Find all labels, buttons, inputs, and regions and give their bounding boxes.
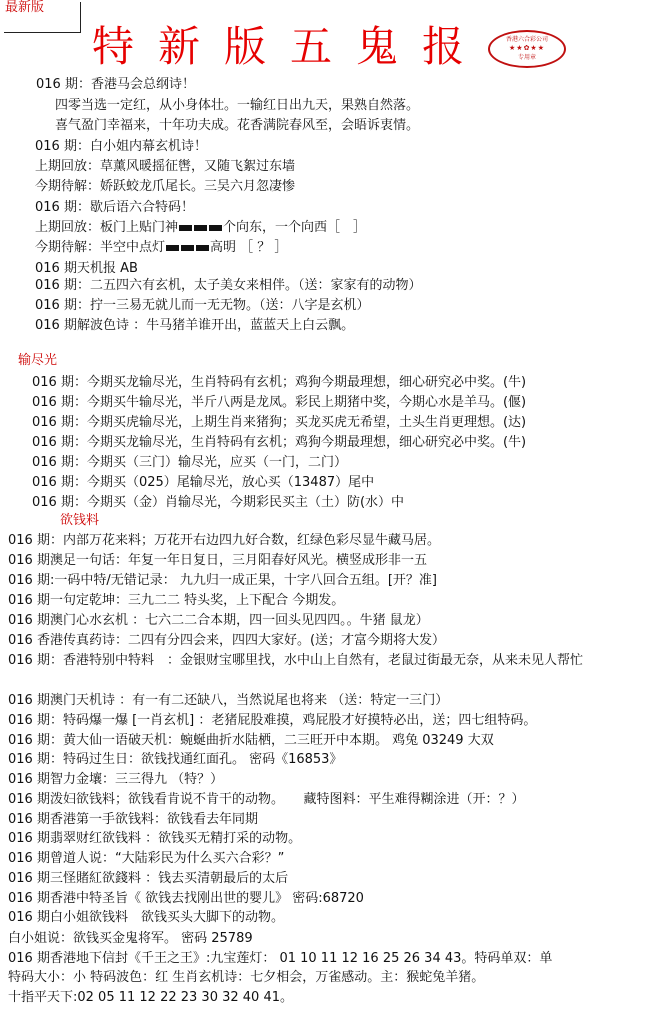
text-line: 016 期:一码中特/无错记录： 九九归一成正果，十字八回合五组。[开？准] [8, 572, 437, 590]
blank-bar-icon [194, 225, 207, 231]
blank-bar-icon [179, 225, 192, 231]
text-line: 今期待解：娇跃蛟龙爪尾长。三吴六月忽凄惨 [35, 178, 295, 196]
text-line: 016 期翡翠财红欲钱料 ：欲钱买无精打采的动物。 [8, 830, 301, 848]
riddle-previous: 上期回放：板门上贴门神个向东，一个向西［ ］ [35, 219, 366, 237]
text-line: 016 期：今期买牛输尽光，半斤八两是龙凤。彩民上期猪中奖，今期心水是羊马。(偃… [32, 394, 526, 412]
text-line: 016 期：今期买龙输尽光，生肖特码有玄机；鸡狗今期最理想，细心研究必中奖。(牛… [32, 374, 526, 392]
text-line: 016 期：特码过生日：欲钱找通红面孔。 密码《16853》 [8, 751, 342, 769]
text-line: 016 期澳足一句话：年复一年日复日，三月阳春好风光。横竖成形非一五 [8, 552, 427, 570]
text-line: 016 期香港中特圣旨《 欲钱去找刚出世的婴儿》 密码:68720 [8, 890, 364, 908]
blank-bar-icon [181, 245, 194, 251]
blank-bar-icon [209, 225, 222, 231]
blank-bar-icon [196, 245, 209, 251]
page-title: 特新版五鬼报 [92, 22, 488, 72]
text-line: 016 期澳门心水玄机 ：七六二二合本期，四一回头见四四。。牛猪 鼠龙） [8, 612, 429, 630]
text-line: 016 期解波色诗 ：牛马猪羊谁开出，蓝蓝天上白云飘。 [35, 317, 354, 335]
text-line: 016 期香港地下信封《千王之王》:九宝莲灯： 01 10 11 12 16 2… [8, 950, 552, 968]
text-line: 016 期：今期买（025）尾输尽光，放心买（13487）尾中 [32, 474, 374, 492]
text-line: 016 期：今期买（三门）输尽光，应买（一门，二门） [32, 454, 347, 472]
section-heading-money: 欲钱料 [60, 512, 99, 530]
text-line: 016 期：内部万花来料；万花开右边四九好合数，红绿色彩尽显牛藏马居。 [8, 532, 440, 550]
text-line: 016 期：白小姐内幕玄机诗！ [35, 138, 207, 156]
riddle-current: 今期待解：半空中点灯高明 ［ ？ ］ [35, 239, 287, 257]
text-line: 016 期曾道人说：“大陆彩民为什么买六合彩？” [8, 850, 284, 868]
text-line: 016 期：今期买虎输尽光，上期生肖来猪狗；买龙买虎无希望，土头生肖更理想。(达… [32, 414, 526, 432]
text-line: 白小姐说：欲钱买金鬼将军。 密码 25789 [8, 930, 253, 948]
text-line: 特码大小：小 特码波色：红 生肖玄机诗：七夕相会，万雀感动。主：猴蛇兔羊猪。 [8, 969, 484, 987]
text-line: 016 期：黄大仙一语破天机：蜿蜒曲折水陆栖，二三旺开中本期。 鸡兔 03249… [8, 732, 494, 750]
text-line: 016 期：香港特别中特料 ：金银财宝哪里找，水中山上自然有，老鼠过街最无奈，从… [8, 652, 663, 670]
text-line: 上期回放：草薰风暖摇征辔，又随飞絮过东墙 [35, 158, 295, 176]
blank-bar-icon [166, 245, 179, 251]
text-line: 016 期：今期买（金）肖输尽光，今期彩民买主（土）防(水）中 [32, 494, 404, 512]
text-line: 十指平天下:02 05 11 12 22 23 30 32 40 41。 [8, 989, 293, 1007]
text-line: 016 期一句定乾坤：三九二二 特头奖，上下配合 今期发。 [8, 592, 344, 610]
text-line: 016 期泼妇欲钱料；欲钱看肯说不肯干的动物。 藏特图料：平生难得糊涂进（开：？… [8, 791, 524, 809]
seal-bottom-text: 专用章 [490, 53, 564, 62]
text-line: 016 期三怪賭紅欲錢料 ：钱去买清朝最后的太后 [8, 870, 288, 888]
text-line: 016 期：今期买龙输尽光，生肖特码有玄机；鸡狗今期最理想，细心研究必中奖。(牛… [32, 434, 526, 452]
seal-top-text: 香港六合彩公司 [490, 35, 564, 44]
seal-stamp-icon: 香港六合彩公司 ★★✿★★ 专用章 [488, 30, 566, 68]
seal-stars: ★★✿★★ [490, 44, 564, 53]
text-line: 016 期：歇后语六合特码！ [35, 199, 194, 217]
text-line: 016 期：二五四六有玄机，太子美女来相伴。（送：家家有的动物） [35, 277, 421, 295]
text-line: 016 期智力金壤：三三得九 （特？） [8, 771, 223, 789]
text-line: 016 香港传真药诗：二四有分四会来，四四大家好。(送；才富今期将大发） [8, 632, 445, 650]
text-line: 喜气盈门幸福来，十年功夫成。花香满院春风至，会晤诉衷情。 [55, 117, 419, 135]
text-line: 016 期白小姐欲钱料 欲钱买头大脚下的动物。 [8, 909, 284, 927]
latest-edition-badge: 最新版 [5, 1, 44, 15]
section-heading-lose: 输尽光 [18, 352, 57, 370]
text-line: 016 期：香港马会总纲诗！ [36, 76, 195, 94]
text-line: 016 期：拧一三易无就儿而一无无物。（送：八字是玄机） [35, 297, 369, 315]
text-line: 四零当选一定红，从小身体壮。一输红日出九天，果熟自然落。 [55, 97, 419, 115]
text-line: 016 期天机报 AB [35, 260, 138, 278]
riddle-suffix: 个向东，一个向西［ ］ [223, 220, 366, 235]
riddle-prefix: 今期待解：半空中点灯 [35, 240, 165, 255]
riddle-suffix: 高明 ［ ？ ］ [210, 240, 287, 255]
text-line: 016 期香港第一手欲钱料：欲钱看去年同期 [8, 811, 258, 829]
text-line: 016 期澳门天机诗 ：有一有二还缺八，当然说尾也将来 （送：特定一三门） [8, 692, 448, 710]
text-line: 016 期：特码爆一爆 [一肖玄机] ：老猪屁股难摸，鸡屁股才好摸特必出，送；四… [8, 712, 536, 730]
riddle-prefix: 上期回放：板门上贴门神 [35, 220, 178, 235]
